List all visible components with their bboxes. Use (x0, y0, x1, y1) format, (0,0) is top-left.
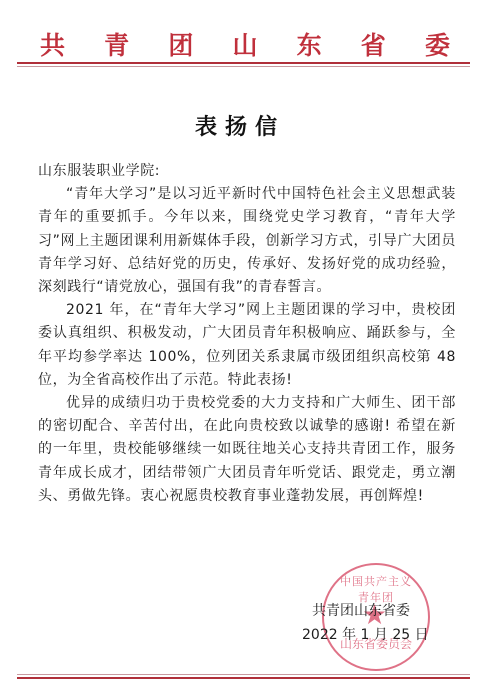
letter-body: 山东服装职业学院: “青年大学习”是以习近平新时代中国特色社会主义思想武装青年的… (38, 160, 456, 508)
header-rule-thick (17, 62, 470, 64)
letterhead-char: 省 (361, 26, 386, 62)
signature-org: 共青团山东省委 (312, 600, 410, 620)
document-title: 表扬信 (0, 110, 480, 141)
paragraph-2: 2021 年，在“青年大学习”网上主题团课的学习中，贵校团委认真组织、积极发动，… (38, 299, 456, 392)
signature-date: 2022 年 1 月 25 日 (302, 624, 429, 644)
letterhead-char: 青 (104, 26, 129, 62)
letterhead-char: 东 (297, 26, 322, 62)
footer-rule-thin (17, 674, 470, 675)
letterhead-char: 委 (425, 26, 450, 62)
header-rule-thin (17, 66, 470, 67)
letterhead-char: 团 (168, 26, 193, 62)
paragraph-1: “青年大学习”是以习近平新时代中国特色社会主义思想武装青年的重要抓手。今年以来，… (38, 183, 456, 299)
letterhead-title: 共 青 团 山 东 省 委 (40, 26, 450, 62)
letterhead-char: 共 (40, 26, 65, 62)
salutation: 山东服装职业学院: (38, 160, 456, 183)
paragraph-3: 优异的成绩归功于贵校党委的大力支持和广大师生、团干部的密切配合、辛苦付出，在此向… (38, 392, 456, 508)
letterhead-char: 山 (232, 26, 257, 62)
footer-rule-thick (17, 677, 470, 679)
